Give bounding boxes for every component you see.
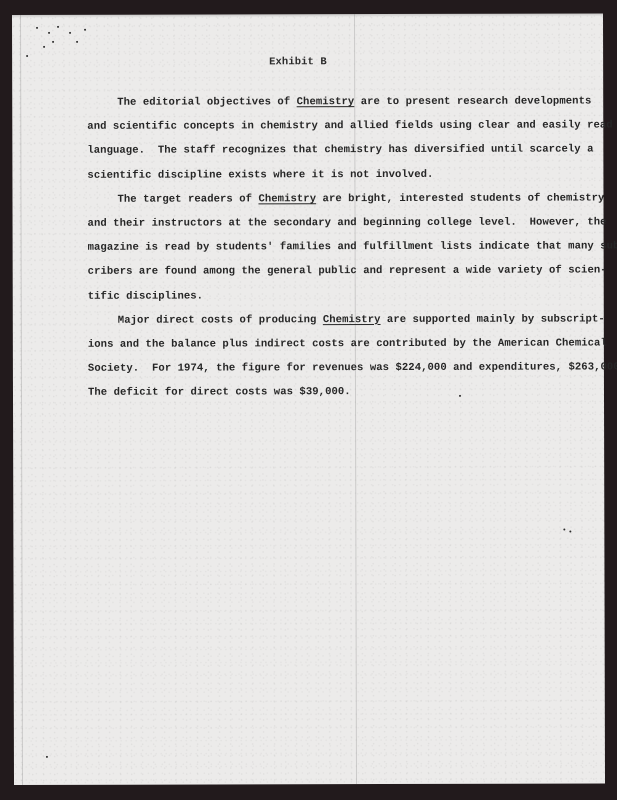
text-segment: and scientific concepts in chemistry and… (87, 120, 612, 133)
text-line: Society. For 1974, the figure for revenu… (88, 356, 588, 381)
text-segment: are to present research developments (354, 95, 591, 108)
text-segment: and their instructors at the secondary a… (88, 216, 607, 229)
text-segment: magazine is read by students' families a… (88, 241, 617, 254)
page-top-shadow (12, 13, 603, 18)
text-line: The deficit for direct costs was $39,000… (88, 380, 588, 405)
paragraph: The editorial objectives of Chemistry ar… (87, 89, 587, 187)
text-segment: are supported mainly by subscript- (381, 313, 605, 326)
underlined-title: Chemistry (258, 193, 316, 205)
text-segment: ions and the balance plus indirect costs… (88, 337, 607, 350)
text-segment: Society. For 1974, the figure for revenu… (88, 361, 617, 374)
text-segment: The deficit for direct costs was $39,000… (88, 386, 351, 399)
text-segment: The target readers of (117, 193, 258, 205)
text-line: ions and the balance plus indirect costs… (88, 331, 588, 356)
speck-mark (563, 529, 565, 531)
document-page: Exhibit B The editorial objectives of Ch… (12, 13, 605, 785)
text-line: and scientific concepts in chemistry and… (87, 114, 587, 139)
text-segment: Major direct costs of producing (118, 314, 323, 327)
underlined-title: Chemistry (297, 96, 355, 108)
speck-mark (46, 756, 48, 758)
text-segment: cribers are found among the general publ… (88, 265, 607, 278)
speck-mark (84, 29, 86, 31)
paragraph: Major direct costs of producing Chemistr… (88, 307, 588, 405)
text-line: magazine is read by students' families a… (88, 235, 588, 260)
speck-mark (52, 41, 54, 43)
text-segment: are bright, interested students of chemi… (316, 192, 604, 205)
text-segment: tific disciplines. (88, 290, 203, 302)
text-line: and their instructors at the secondary a… (88, 210, 588, 235)
text-line: The target readers of Chemistry are brig… (87, 186, 587, 211)
text-segment: scientific discipline exists where it is… (87, 168, 433, 181)
exhibit-heading: Exhibit B (269, 56, 327, 68)
text-segment: The editorial objectives of (117, 96, 296, 108)
speck-mark (69, 32, 71, 34)
text-line: language. The staff recognizes that chem… (87, 138, 587, 163)
speck-mark (569, 531, 571, 533)
speck-mark (48, 32, 50, 34)
text-line: cribers are found among the general publ… (88, 259, 588, 284)
underlined-title: Chemistry (323, 314, 381, 326)
speck-mark (76, 41, 78, 43)
text-line: scientific discipline exists where it is… (87, 162, 587, 187)
document-body: The editorial objectives of Chemistry ar… (87, 89, 588, 405)
paragraph: The target readers of Chemistry are brig… (87, 186, 587, 308)
speck-mark (43, 46, 45, 48)
text-segment: language. The staff recognizes that chem… (87, 144, 593, 157)
speck-mark (36, 27, 38, 29)
text-line: Major direct costs of producing Chemistr… (88, 307, 588, 332)
speck-mark (57, 26, 59, 28)
fold-line-left (20, 15, 23, 785)
text-line: tific disciplines. (88, 283, 588, 308)
text-line: The editorial objectives of Chemistry ar… (87, 89, 587, 114)
speck-mark (26, 55, 28, 57)
